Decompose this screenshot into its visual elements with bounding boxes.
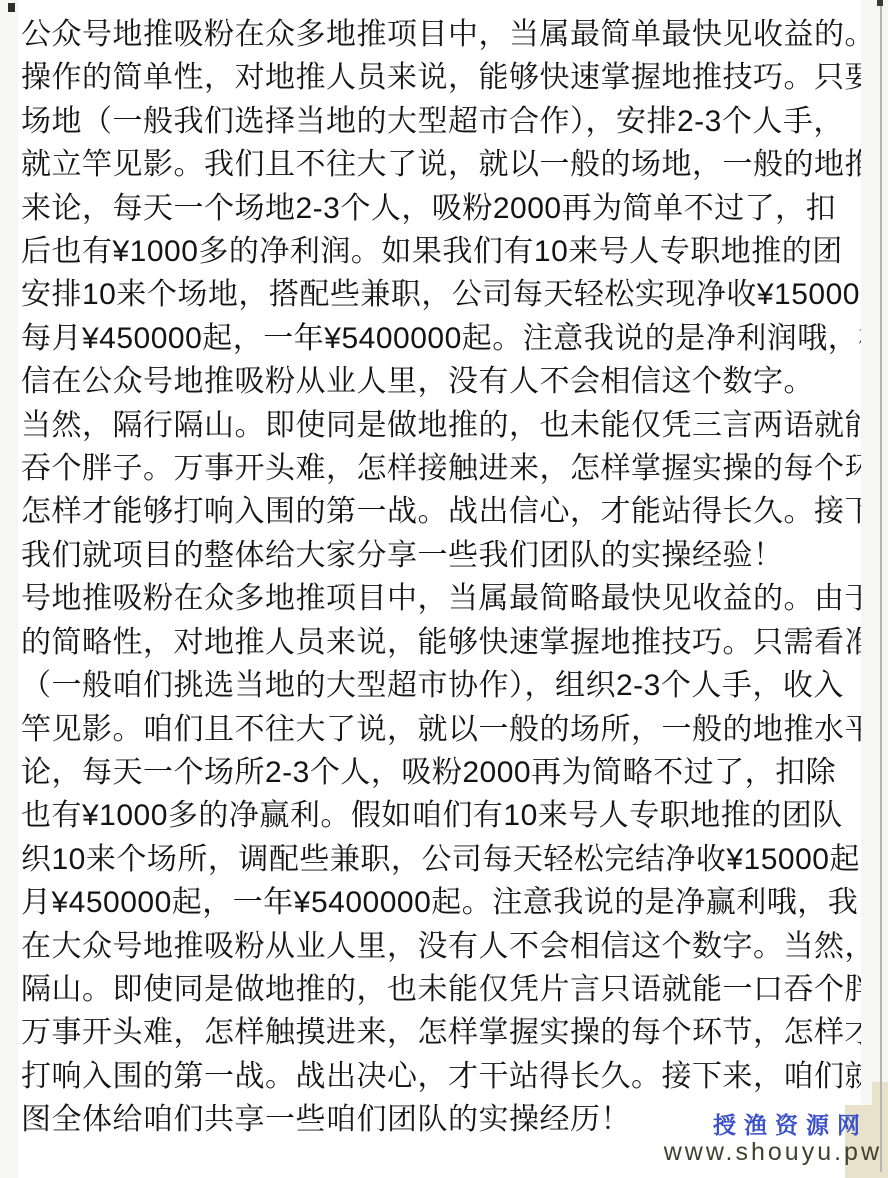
text-line: 打响入围的第一战。战出决心，才干站得长久。接下来，咱们就 (0, 1055, 888, 1098)
text-line: 论，每天一个场所2-3个人，吸粉2000再为简略不过了，扣除 (0, 751, 888, 794)
text-line: 我们就项目的整体给大家分享一些我们团队的实操经验！ (0, 534, 888, 577)
text-line: 当然，隔行隔山。即使同是做地推的，也未能仅凭三言两语就能 (0, 404, 888, 447)
site-watermark: 授渔资源网 www.shouyu.pw (664, 1112, 882, 1166)
text-line: 后也有¥1000多的净利润。如果我们有10来号人专职地推的团 (0, 230, 888, 273)
right-edge-strip (861, 0, 888, 1178)
text-line: 织10来个场所，调配些兼职，公司每天轻松完结净收¥15000起 (0, 838, 888, 881)
text-line: 来论，每天一个场地2-3个人，吸粉2000再为简单不过了，扣 (0, 187, 888, 230)
text-line: 隔山。即使同是做地推的，也未能仅凭片言只语就能一口吞个胖 (0, 968, 888, 1011)
text-line: 场地（一般我们选择当地的大型超市合作），安排2-3个人手， (0, 100, 888, 143)
right-edge-rule (880, 0, 882, 1172)
text-line: 安排10来个场地，搭配些兼职，公司每天轻松实现净收¥15000 (0, 273, 888, 316)
text-line: 就立竿见影。我们且不往大了说，就以一般的场地，一般的地推 (0, 143, 888, 186)
top-left-smudge (8, 3, 15, 12)
text-line: 操作的简单性，对地推人员来说，能够快速掌握地推技巧。只要 (0, 56, 888, 99)
left-edge-strip (0, 0, 18, 1178)
text-line: 信在公众号地推吸粉从业人里，没有人不会相信这个数字。 (0, 360, 888, 403)
watermark-site-name: 授渔资源网 (664, 1112, 868, 1138)
text-line: 号地推吸粉在众多地推项目中，当属最简略最快见收益的。由于 (0, 577, 888, 620)
article-text: 公众号地推吸粉在众多地推项目中，当属最简单最快见收益的。由操作的简单性，对地推人… (0, 13, 888, 1142)
text-line: 公众号地推吸粉在众多地推项目中，当属最简单最快见收益的。由 (0, 13, 888, 56)
text-line: 月¥450000起，一年¥5400000起。注意我说的是净赢利哦，我 (0, 881, 888, 924)
text-line: 吞个胖子。万事开头难，怎样接触进来，怎样掌握实操的每个环 (0, 447, 888, 490)
text-line: 在大众号地推吸粉从业人里，没有人不会相信这个数字。当然，隔 (0, 925, 888, 968)
text-line: （一般咱们挑选当地的大型超市协作），组织2-3个人手，收入 (0, 664, 888, 707)
watermark-site-url: www.shouyu.pw (664, 1139, 882, 1166)
top-right-smudge (877, 0, 883, 6)
text-line: 竿见影。咱们且不往大了说，就以一般的场所，一般的地推水平 (0, 708, 888, 751)
text-line: 的简略性，对地推人员来说，能够快速掌握地推技巧。只需看准 (0, 621, 888, 664)
article-page: 公众号地推吸粉在众多地推项目中，当属最简单最快见收益的。由操作的简单性，对地推人… (0, 0, 888, 1178)
text-line: 每月¥450000起，一年¥5400000起。注意我说的是净利润哦，相 (0, 317, 888, 360)
text-line: 怎样才能够打响入围的第一战。战出信心，才能站得长久。接下 (0, 490, 888, 533)
text-line: 万事开头难，怎样触摸进来，怎样掌握实操的每个环节，怎样才 (0, 1011, 888, 1054)
text-line: 也有¥1000多的净赢利。假如咱们有10来号人专职地推的团队 (0, 794, 888, 837)
